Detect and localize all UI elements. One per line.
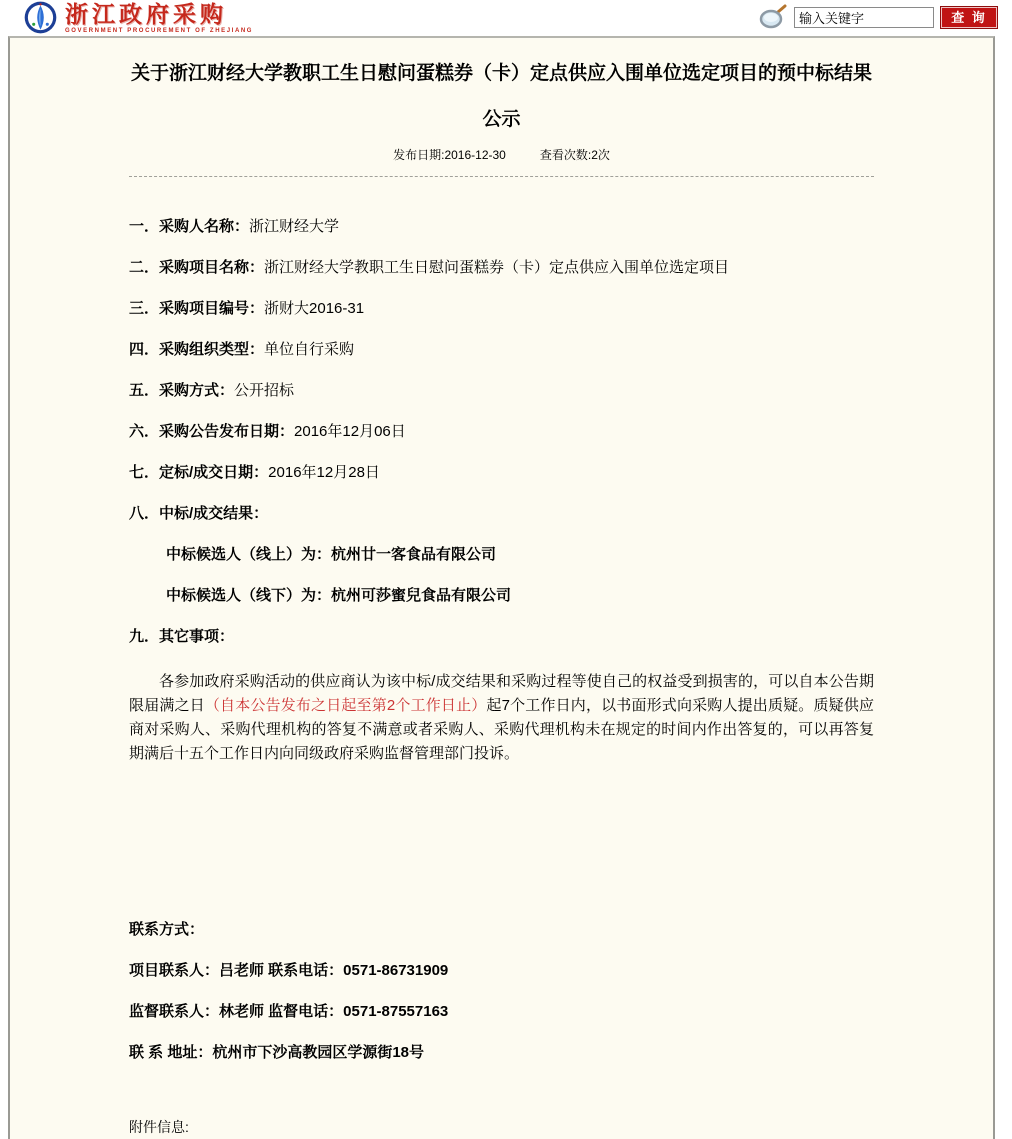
item-method: 五．采购方式：公开招标 — [129, 383, 874, 399]
article-meta: 发布日期:2016-12-30查看次数:2次 — [129, 146, 874, 163]
attachment-heading: 附件信息: — [129, 1119, 874, 1135]
item-purchaser: 一．采购人名称：浙江财经大学 — [129, 219, 874, 235]
page-header: 浙江政府采购 GOVERNMENT PROCUREMENT OF ZHEJIAN… — [0, 0, 1012, 36]
logo-subtitle: GOVERNMENT PROCUREMENT OF ZHEJIANG — [65, 28, 253, 34]
contact-heading: 联系方式： — [129, 922, 874, 938]
winner-online: 中标候选人（线上）为：杭州廿一客食品有限公司 — [129, 547, 874, 563]
article-body: 一．采购人名称：浙江财经大学 二．采购项目名称：浙江财经大学教职工生日慰问蛋糕券… — [129, 219, 874, 1135]
item-project-number: 三．采购项目编号：浙财大2016-31 — [129, 301, 874, 317]
item-other: 九．其它事项： — [129, 629, 874, 645]
item-announce-date: 六．采购公告发布日期：2016年12月06日 — [129, 424, 874, 440]
search-button[interactable]: 查 询 — [940, 6, 998, 29]
item-project-name: 二．采购项目名称：浙江财经大学教职工生日慰问蛋糕券（卡）定点供应入围单位选定项目 — [129, 260, 874, 276]
site-logo[interactable]: 浙江政府采购 GOVERNMENT PROCUREMENT OF ZHEJIAN… — [24, 1, 253, 34]
logo-title: 浙江政府采购 — [65, 3, 253, 26]
publish-date: 发布日期:2016-12-30 — [393, 148, 506, 162]
logo-emblem-icon — [24, 1, 57, 34]
item-org-type: 四．采购组织类型：单位自行采购 — [129, 342, 874, 358]
contact-section: 联系方式： 项目联系人：吕老师 联系电话：0571-86731909 监督联系人… — [129, 922, 874, 1061]
content-box: 关于浙江财经大学教职工生日慰问蛋糕券（卡）定点供应入围单位选定项目的预中标结果公… — [8, 36, 995, 1139]
search-input[interactable] — [794, 7, 934, 28]
notice-text-red: （自本公告发布之日起至第2个工作日止） — [205, 697, 487, 714]
contact-supervision: 监督联系人：林老师 监督电话：0571-87557163 — [129, 1004, 874, 1020]
page-title: 关于浙江财经大学教职工生日慰问蛋糕券（卡）定点供应入围单位选定项目的预中标结果公… — [129, 51, 874, 143]
logo-text: 浙江政府采购 GOVERNMENT PROCUREMENT OF ZHEJIAN… — [65, 1, 253, 34]
contact-address: 联 系 地址：杭州市下沙高教园区学源街18号 — [129, 1045, 874, 1061]
view-count: 查看次数:2次 — [540, 148, 610, 162]
magnifier-icon — [758, 4, 788, 30]
winner-offline: 中标候选人（线下）为：杭州可莎蜜兒食品有限公司 — [129, 588, 874, 604]
divider — [129, 176, 874, 177]
item-result: 八．中标/成交结果： — [129, 506, 874, 522]
contact-project: 项目联系人：吕老师 联系电话：0571-86731909 — [129, 963, 874, 979]
search-bar: 查 询 — [758, 4, 998, 30]
dispute-notice: 各参加政府采购活动的供应商认为该中标/成交结果和采购过程等使自己的权益受到损害的… — [129, 670, 874, 766]
item-award-date: 七．定标/成交日期：2016年12月28日 — [129, 465, 874, 481]
